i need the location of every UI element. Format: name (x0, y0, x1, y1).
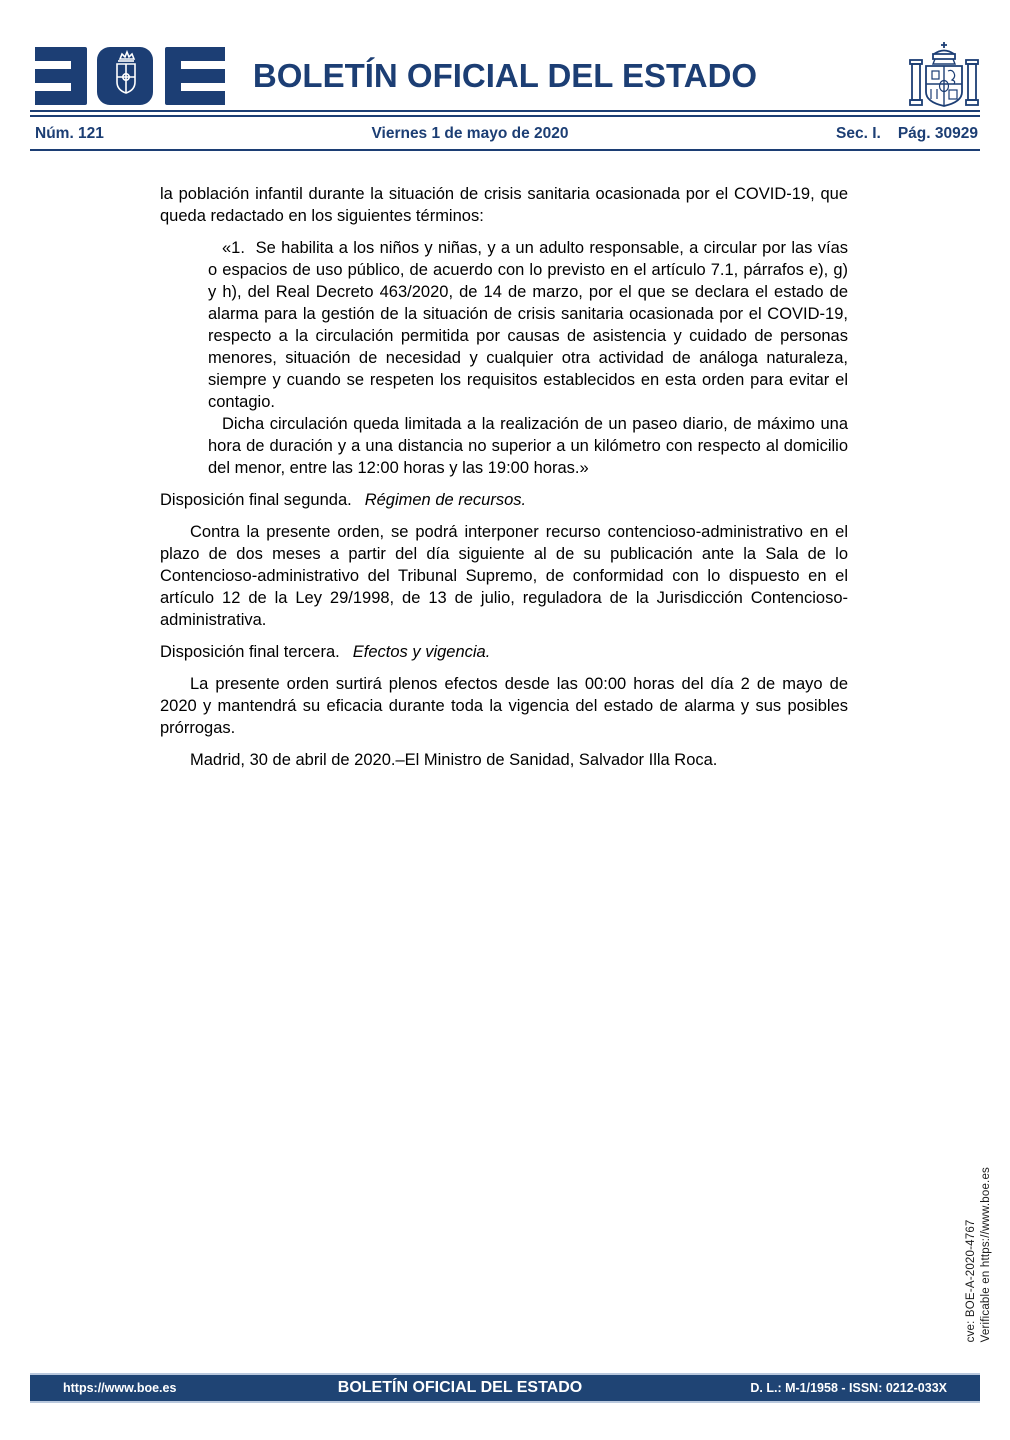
section-page: Sec. I. Pág. 30929 (836, 125, 978, 143)
disposition-title: Régimen de recursos. (365, 491, 526, 509)
page-title: BOLETÍN OFICIAL DEL ESTADO (0, 57, 1010, 95)
header-rule-top (30, 110, 980, 112)
footer-bar: https://www.boe.es BOLETÍN OFICIAL DEL E… (30, 1373, 980, 1403)
coat-of-arms-icon (908, 40, 980, 112)
document-body: la población infantil durante la situaci… (160, 183, 848, 781)
footer-url: https://www.boe.es (63, 1381, 176, 1395)
efectos-paragraph: La presente orden surtirá plenos efectos… (160, 673, 848, 739)
disposition-label: Disposición final segunda. (160, 491, 352, 509)
disposition-label: Disposición final tercera. (160, 643, 340, 661)
footer-title: BOLETÍN OFICIAL DEL ESTADO (338, 1379, 582, 1397)
header-rule-top-thin (30, 115, 980, 117)
disposition-title: Efectos y vigencia. (353, 643, 491, 661)
issue-number: Núm. 121 (35, 125, 104, 143)
quote-block: «1. Se habilita a los niños y niñas, y a… (208, 237, 848, 479)
cve-code: cve: BOE-A-2020-4767 (964, 1167, 979, 1342)
boe-document-page: BOLETÍN OFICIAL DEL ESTADO (0, 0, 1010, 1440)
disposition-final-segunda-heading: Disposición final segunda.Régimen de rec… (160, 489, 848, 511)
quote-paragraph-2: Dicha circulación queda limitada a la re… (208, 413, 848, 479)
footer-legal: D. L.: M-1/1958 - ISSN: 0212-033X (750, 1381, 947, 1395)
intro-paragraph: la población infantil durante la situaci… (160, 183, 848, 227)
signature-paragraph: Madrid, 30 de abril de 2020.–El Ministro… (160, 749, 848, 771)
header-rule-bottom (30, 149, 980, 151)
verifiable-note: Verificable en https://www.boe.es (979, 1167, 994, 1342)
section-label: Sec. I. (836, 125, 881, 143)
recursos-paragraph: Contra la presente orden, se podrá inter… (160, 521, 848, 631)
quote-paragraph-1: «1. Se habilita a los niños y niñas, y a… (208, 237, 848, 413)
publication-date: Viernes 1 de mayo de 2020 (104, 125, 836, 143)
disposition-final-tercera-heading: Disposición final tercera.Efectos y vige… (160, 641, 848, 663)
page-number: Pág. 30929 (898, 125, 978, 143)
cve-sidebar: cve: BOE-A-2020-4767 Verificable en http… (964, 1167, 994, 1342)
subheader: Núm. 121 Viernes 1 de mayo de 2020 Sec. … (35, 121, 978, 147)
